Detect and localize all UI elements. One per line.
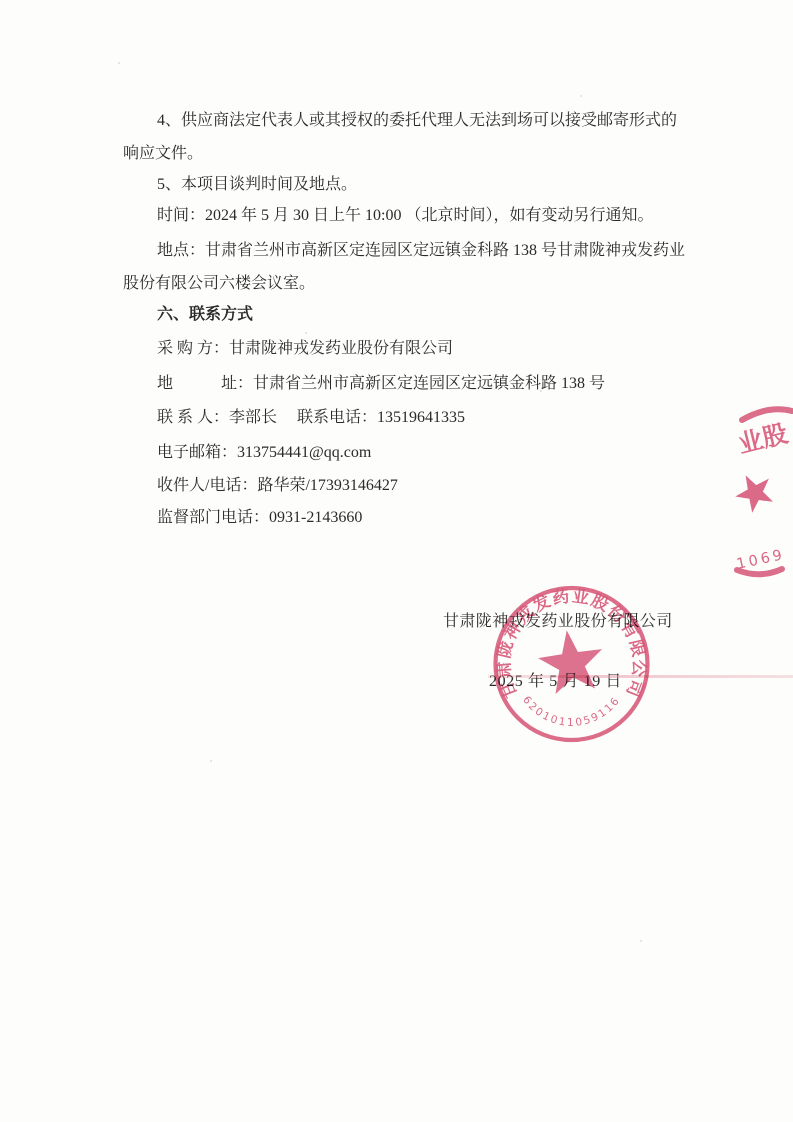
partial-seal-star-icon — [732, 471, 774, 515]
paragraph-item-4: 4、供应商法定代表人或其授权的委托代理人无法到场可以接受邮寄形式的 — [157, 111, 677, 131]
buyer-line: 采 购 方：甘肃陇神戎发药业股份有限公司 — [157, 339, 453, 359]
partial-seal-bottom-arc — [737, 569, 782, 574]
company-seal-stamp: 甘肃陇神戎发药业股份有限公司 6201011059116 — [484, 576, 661, 753]
meeting-time-line: 时间：2024 年 5 月 30 日上午 10:00 （北京时间），如有变动另行… — [157, 206, 653, 226]
email-line: 电子邮箱：313754441@qq.com — [157, 443, 371, 463]
partial-seal-top-arc — [742, 409, 792, 420]
scan-speck — [305, 332, 307, 334]
supervision-phone-line: 监督部门电话：0931-2143660 — [157, 508, 362, 528]
meeting-location-line: 地点：甘肃省兰州市高新区定连园区定远镇金科路 138 号甘肃陇神戎发药业 — [157, 241, 685, 261]
partial-seal-arc-chars: 业股 — [735, 420, 790, 459]
scan-speck — [210, 760, 212, 762]
svg-text:6201011059116: 6201011059116 — [520, 694, 623, 729]
meeting-location-wrap: 股份有限公司六楼会议室。 — [123, 274, 315, 294]
partial-seal-stamp: 业股 1069 — [726, 398, 793, 584]
seal-star-icon — [535, 626, 608, 696]
scan-speck — [540, 390, 542, 392]
document-page: 4、供应商法定代表人或其授权的委托代理人无法到场可以接受邮寄形式的 响应文件。 … — [0, 0, 793, 1122]
recipient-phone-line: 收件人/电话：路华荣/17393146427 — [157, 476, 398, 496]
scan-speck — [640, 940, 642, 942]
paragraph-item-5: 5、本项目谈判时间及地点。 — [157, 175, 357, 195]
paragraph-item-4-wrap: 响应文件。 — [123, 144, 203, 164]
address-line: 地 址：甘肃省兰州市高新区定连园区定远镇金科路 138 号 — [157, 374, 605, 394]
scan-speck — [580, 95, 582, 97]
scan-speck — [118, 62, 120, 64]
contact-person-line: 联 系 人：李部长 联系电话：13519641335 — [157, 408, 465, 428]
seal-serial-number: 6201011059116 — [520, 694, 623, 729]
section-heading-contact: 六、联系方式 — [157, 305, 253, 325]
